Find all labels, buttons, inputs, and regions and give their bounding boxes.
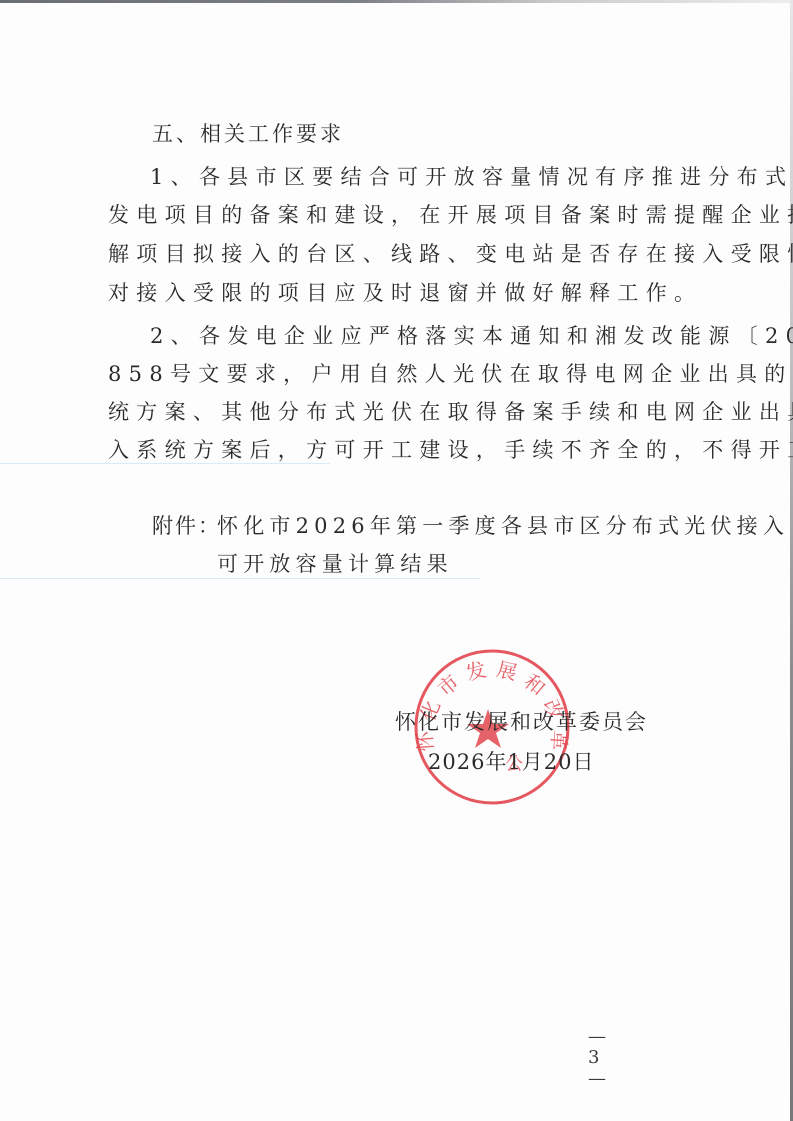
paragraph-line: 发电项目的备案和建设，在开展项目备案时需提醒企业提前了 [108,203,793,227]
attachment-label: 附件： [152,514,221,538]
attachment-title-line[interactable]: 可开放容量计算结果 [217,552,453,576]
attachment-title-line[interactable]: 怀化市2026年第一季度各县市区分布式光伏接入 [217,514,789,538]
signing-organization: 怀化市发展和改革委员会 [395,710,648,734]
paragraph-line: 入系统方案后，方可开工建设，手续不齐全的，不得开工建设。 [108,438,793,462]
page-number: — 3 — [588,1026,607,1089]
scan-artifact-line [0,578,480,579]
paragraph-line: 1、各县市区要结合可开放容量情况有序推进分布式光伏 [150,165,793,189]
scan-artifact-line [0,463,330,464]
scan-edge-top [0,0,793,3]
paragraph-line: 解项目拟接入的台区、线路、变电站是否存在接入受限情况， [108,242,793,266]
paragraph-line: 对接入受限的项目应及时退窗并做好解释工作。 [108,281,702,305]
seal-arc-text: 怀化市发展和改革委员会 [413,647,571,752]
paragraph-line: 2、各发电企业应严格落实本通知和湘发改能源〔2023〕 [150,324,793,348]
paragraph-line: 统方案、其他分布式光伏在取得备案手续和电网企业出具的接 [108,400,793,424]
paragraph-line: 858号文要求，户用自然人光伏在取得电网企业出具的接入系 [108,362,793,386]
section-heading: 五、相关工作要求 [152,122,344,146]
signing-date: 2026年1月20日 [428,750,595,774]
